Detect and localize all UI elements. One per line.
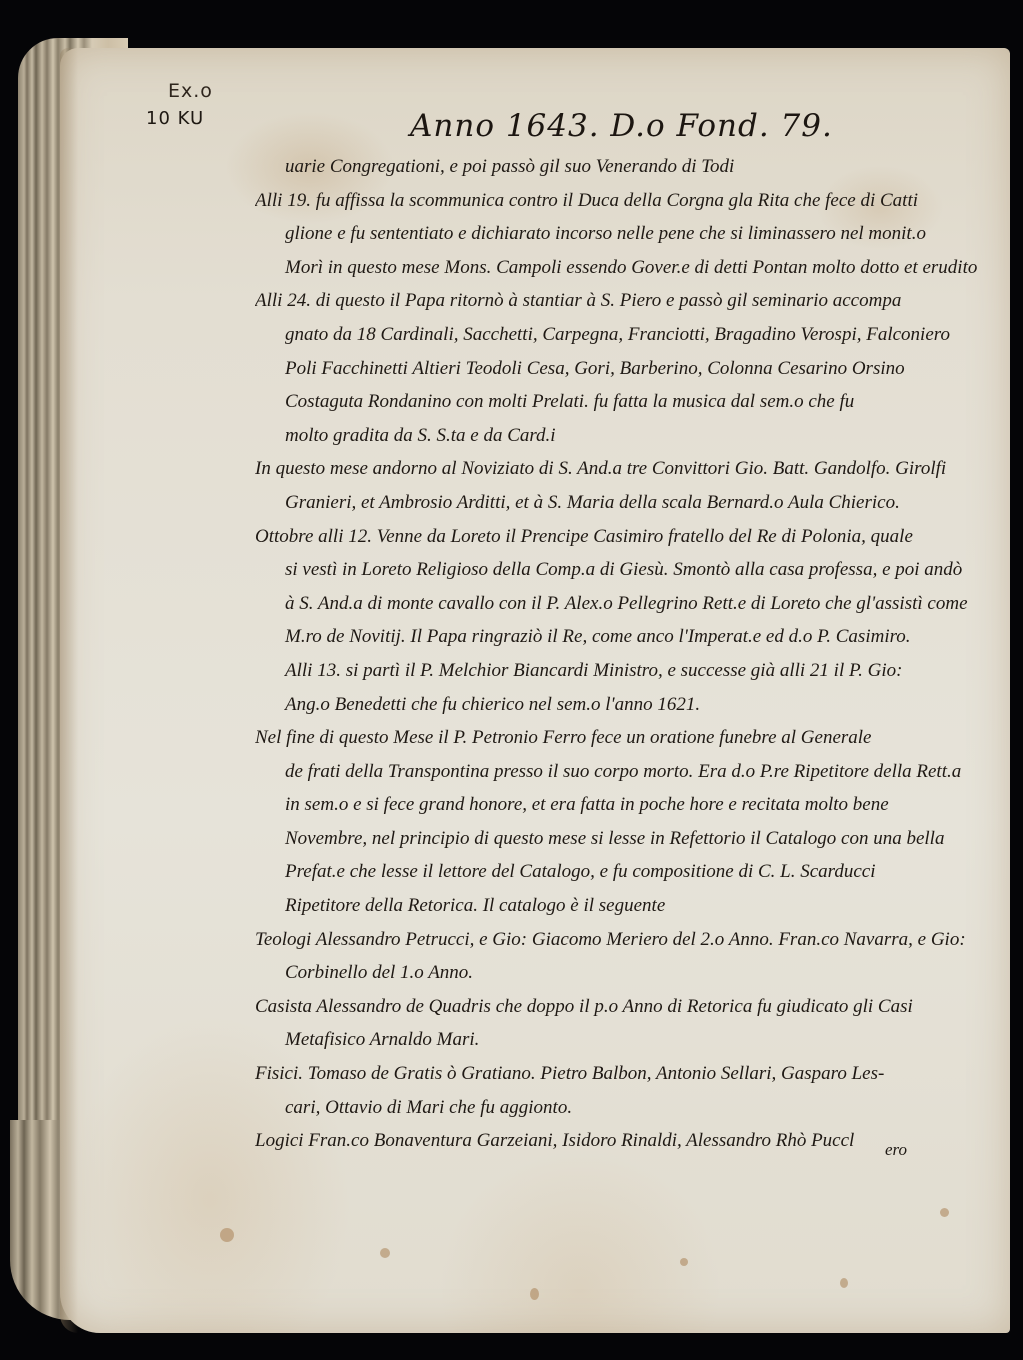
catchword: ero [885,1140,907,1160]
foxing-spot [940,1208,949,1217]
page-gutter-shadow [60,48,78,1333]
text-line: Nel fine di questo Mese il P. Petronio F… [255,721,980,755]
text-line: gnato da 18 Cardinali, Sacchetti, Carpeg… [255,318,980,352]
text-line: Novembre, nel principio di questo mese s… [255,822,980,856]
text-line: glione e fu sententiato e dichiarato inc… [255,217,980,251]
text-line: à S. And.a di monte cavallo con il P. Al… [255,587,980,621]
scan-background: Ex.o 10 KU Anno 1643. D.o Fond. 79. uari… [0,0,1023,1360]
text-line: Granieri, et Ambrosio Arditti, et à S. M… [255,486,980,520]
text-line: In questo mese andorno al Noviziato di S… [255,452,980,486]
text-line: Metafisico Arnaldo Mari. [255,1023,980,1057]
text-line: Costaguta Rondanino con molti Prelati. f… [255,385,980,419]
text-line: Alli 24. di questo il Papa ritornò à sta… [255,284,980,318]
foxing-spot [680,1258,688,1266]
manuscript-text: uarie Congregationi, e poi passò gil suo… [255,150,980,1158]
text-line: de frati della Transpontina presso il su… [255,755,980,789]
text-line: M.ro de Novitij. Il Papa ringraziò il Re… [255,620,980,654]
text-line: molto gradita da S. S.ta e da Card.i [255,419,980,453]
text-line: Corbinello del 1.o Anno. [255,956,980,990]
page-heading: Anno 1643. D.o Fond. 79. [410,108,833,144]
shelfmark-upper: Ex.o [168,80,213,102]
text-line: si vestì in Loreto Religioso della Comp.… [255,553,980,587]
text-line: Morì in questo mese Mons. Campoli essend… [255,251,980,285]
text-line: Casista Alessandro de Quadris che doppo … [255,990,980,1024]
text-line: Fisici. Tomaso de Gratis ò Gratiano. Pie… [255,1057,980,1091]
text-line: cari, Ottavio di Mari che fu aggionto. [255,1091,980,1125]
text-line: in sem.o e si fece grand honore, et era … [255,788,980,822]
text-line: Ripetitore della Retorica. Il catalogo è… [255,889,980,923]
shelfmark-lower: 10 KU [146,108,204,129]
text-line: uarie Congregationi, e poi passò gil suo… [255,150,980,184]
foxing-spot [380,1248,390,1258]
text-line: Poli Facchinetti Altieri Teodoli Cesa, G… [255,352,980,386]
foxing-spot [840,1278,848,1288]
foxing-spot [220,1228,234,1242]
text-line: Alli 13. si partì il P. Melchior Biancar… [255,654,980,688]
foxing-spot [530,1288,539,1300]
text-line: Alli 19. fu affissa la scommunica contro… [255,184,980,218]
text-line: Logici Fran.co Bonaventura Garzeiani, Is… [255,1124,980,1158]
text-line: Ottobre alli 12. Venne da Loreto il Pren… [255,520,980,554]
text-line: Prefat.e che lesse il lettore del Catalo… [255,855,980,889]
text-line: Teologi Alessandro Petrucci, e Gio: Giac… [255,923,980,957]
text-line: Ang.o Benedetti che fu chierico nel sem.… [255,688,980,722]
